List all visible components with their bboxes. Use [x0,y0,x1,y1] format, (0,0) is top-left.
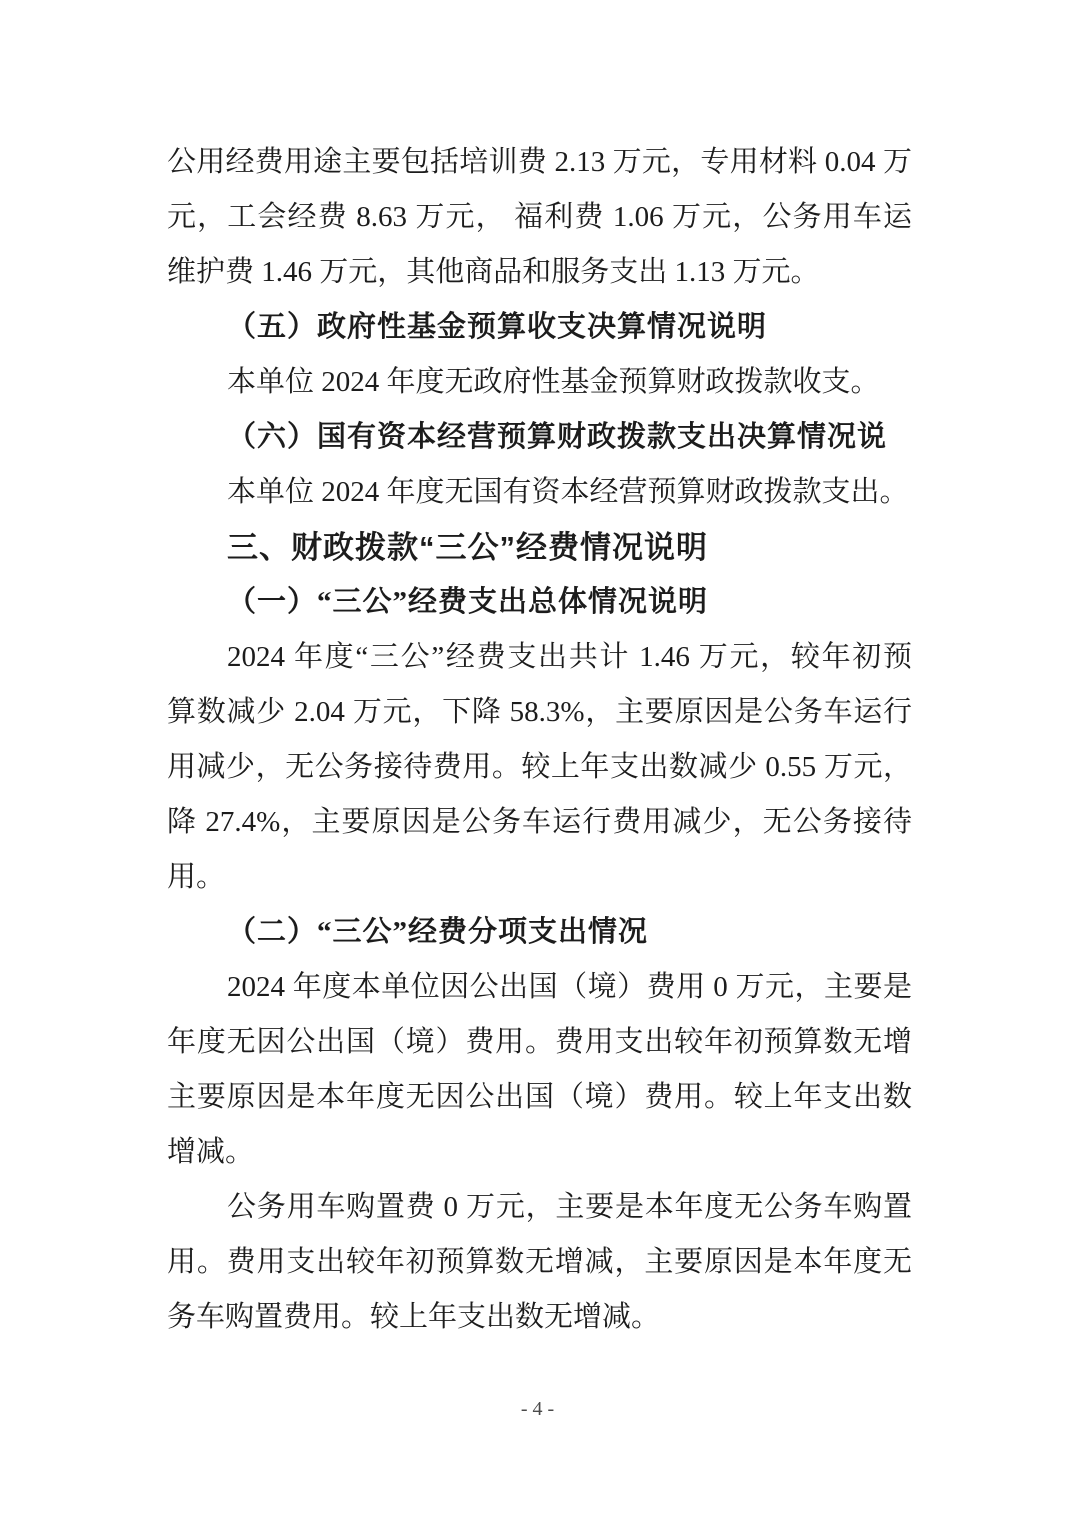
paragraph: 本单位 2024 年度无政府性基金预算财政拨款收支。 [167,355,912,410]
text-line: 公用经费用途主要包括培训费 2.13 万元，专用材料 0.04 万 [167,135,912,190]
text-line: 年度无因公出国（境）费用。费用支出较年初预算数无增减， [167,1015,912,1070]
section-heading: （六）国有资本经营预算财政拨款支出决算情况说明 [167,410,912,465]
text-line: （五）政府性基金预算收支决算情况说明 [167,300,912,355]
paragraph: 公务用车购置费 0 万元，主要是本年度无公务车购置费用。费用支出较年初预算数无增… [167,1180,912,1345]
text-line: 用。 [167,850,912,905]
text-line: （一）“三公”经费支出总体情况说明 [167,575,912,630]
paragraph: 2024 年度本单位因公出国（境）费用 0 万元，主要是本年度无因公出国（境）费… [167,960,912,1180]
text-line: 主要原因是本年度无因公出国（境）费用。较上年支出数无 [167,1070,912,1125]
section-heading: 三、财政拨款“三公”经费情况说明 [167,520,912,575]
text-line: 元，工会经费 8.63 万元， 福利费 1.06 万元，公务用车运行 [167,190,912,245]
text-line: 2024 年度“三公”经费支出共计 1.46 万元，较年初预 [167,630,912,685]
text-line: 用。费用支出较年初预算数无增减，主要原因是本年度无公 [167,1235,912,1290]
text-line: 增减。 [167,1125,912,1180]
text-line: 维护费 1.46 万元，其他商品和服务支出 1.13 万元。 [167,245,912,300]
document-page: 公用经费用途主要包括培训费 2.13 万元，专用材料 0.04 万元，工会经费 … [0,0,1075,1520]
paragraph: 公用经费用途主要包括培训费 2.13 万元，专用材料 0.04 万元，工会经费 … [167,135,912,300]
text-line: 2024 年度本单位因公出国（境）费用 0 万元，主要是本 [167,960,912,1015]
text-line: 公务用车购置费 0 万元，主要是本年度无公务车购置费 [167,1180,912,1235]
section-heading: （二）“三公”经费分项支出情况 [167,905,912,960]
text-line: 本单位 2024 年度无政府性基金预算财政拨款收支。 [167,355,912,410]
text-line: 本单位 2024 年度无国有资本经营预算财政拨款支出。 [167,465,912,520]
page-footer: - 4 - [0,1393,1075,1425]
section-heading: （五）政府性基金预算收支决算情况说明 [167,300,912,355]
document-content: 公用经费用途主要包括培训费 2.13 万元，专用材料 0.04 万元，工会经费 … [167,135,912,1345]
text-line: 三、财政拨款“三公”经费情况说明 [167,520,912,575]
text-line: 务车购置费用。较上年支出数无增减。 [167,1290,912,1345]
text-line: （六）国有资本经营预算财政拨款支出决算情况说明 [167,410,912,465]
text-line: 降 27.4%，主要原因是公务车运行费用减少，无公务接待费 [167,795,912,850]
text-line: 算数减少 2.04 万元，下降 58.3%，主要原因是公务车运行费 [167,685,912,740]
page-number: - 4 - [521,1398,554,1420]
text-line: （二）“三公”经费分项支出情况 [167,905,912,960]
paragraph: 本单位 2024 年度无国有资本经营预算财政拨款支出。 [167,465,912,520]
paragraph: 2024 年度“三公”经费支出共计 1.46 万元，较年初预算数减少 2.04 … [167,630,912,905]
text-line: 用减少，无公务接待费用。较上年支出数减少 0.55 万元，下 [167,740,912,795]
section-heading: （一）“三公”经费支出总体情况说明 [167,575,912,630]
